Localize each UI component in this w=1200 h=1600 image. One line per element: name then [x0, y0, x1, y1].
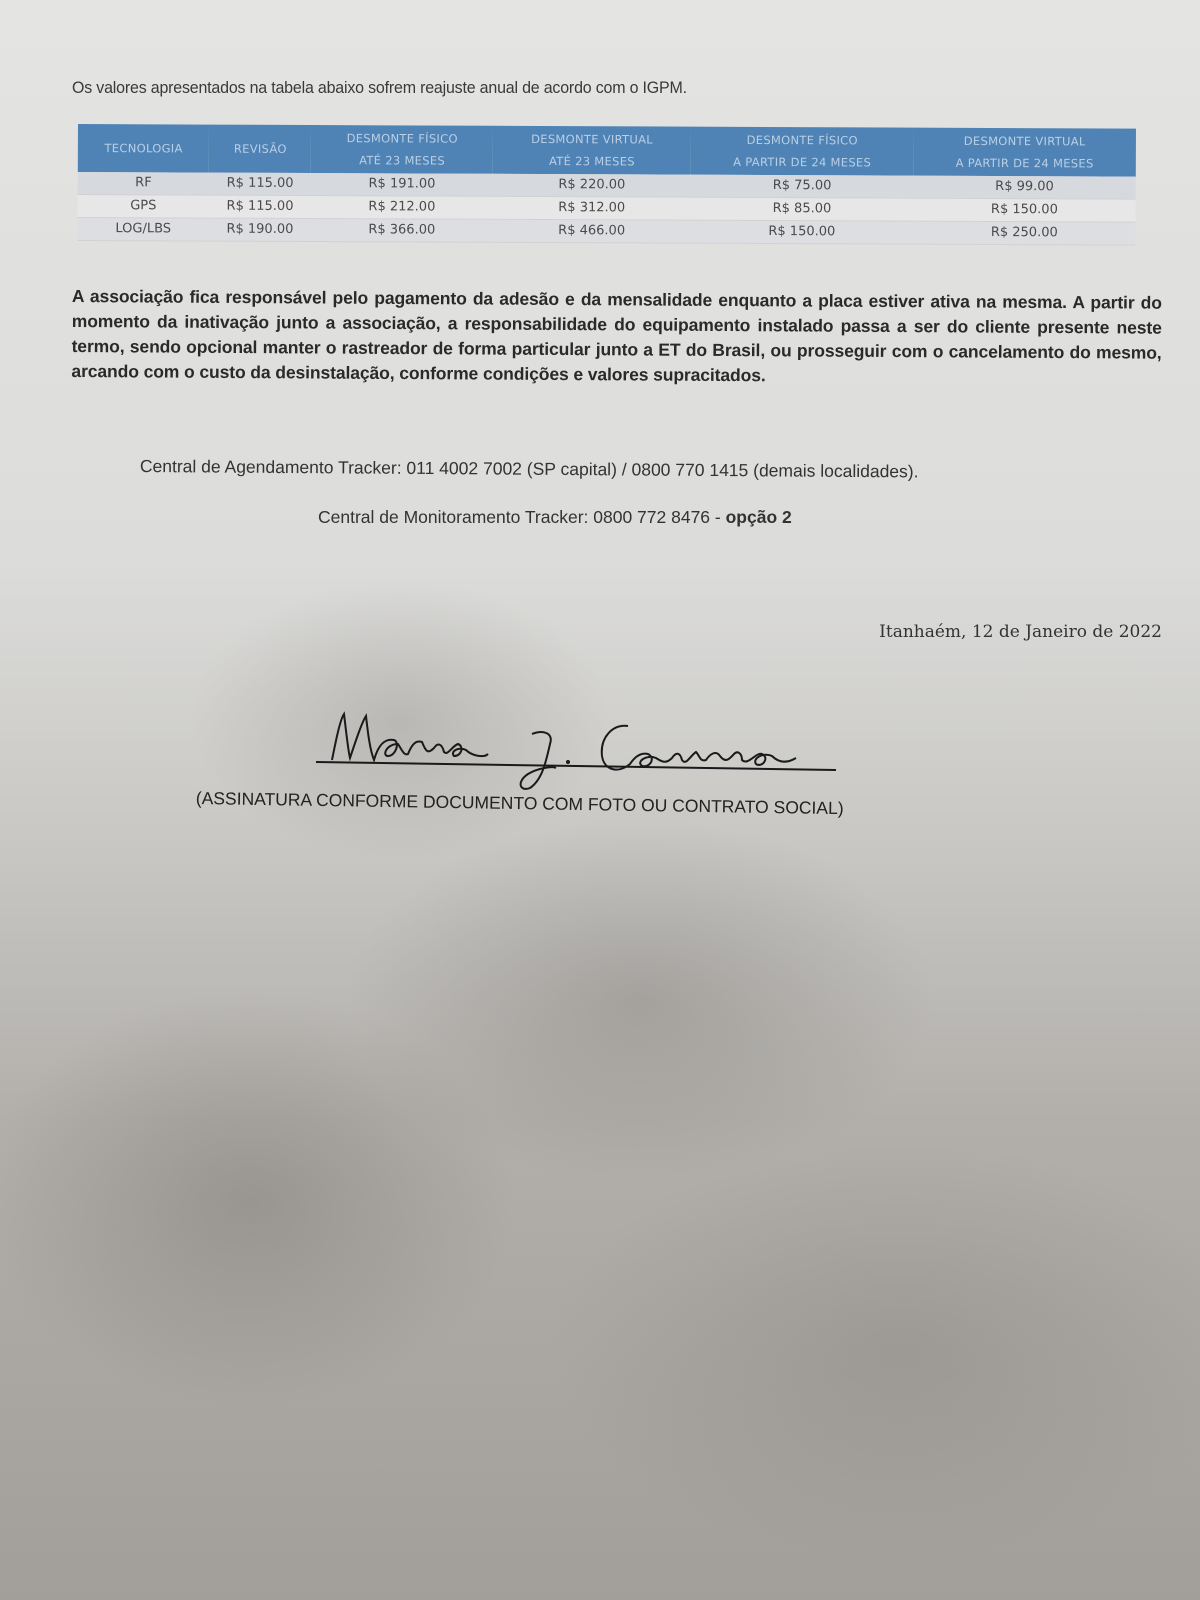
handwritten-signature — [316, 700, 856, 800]
table-cell: R$ 115.00 — [209, 173, 311, 196]
monitoring-contact: Central de Monitoramento Tracker: 0800 7… — [318, 507, 792, 528]
table-cell: R$ 150.00 — [913, 198, 1136, 222]
monitoring-option: opção 2 — [726, 507, 792, 527]
table-cell: GPS — [78, 194, 209, 218]
table-cell: R$ 85.00 — [691, 197, 914, 221]
price-table-header: TECNOLOGIA REVISÃO DESMONTE FÍSICO ATÉ 2… — [78, 124, 1136, 177]
table-cell: R$ 115.00 — [209, 195, 311, 218]
table-cell: R$ 466.00 — [493, 219, 691, 243]
table-cell: R$ 191.00 — [311, 173, 493, 196]
column-header: TECNOLOGIA — [78, 124, 210, 173]
column-header: DESMONTE FÍSICO ATÉ 23 MESES — [311, 125, 493, 174]
column-header: REVISÃO — [209, 125, 311, 173]
document-page: Os valores apresentados na tabela abaixo… — [0, 0, 1200, 1600]
terms-paragraph: A associação fica responsável pelo pagam… — [71, 284, 1162, 391]
table-cell: R$ 220.00 — [493, 174, 691, 197]
place-date: Itanhaém, 12 de Janeiro de 2022 — [879, 622, 1162, 642]
scheduling-contact: Central de Agendamento Tracker: 011 4002… — [140, 456, 919, 482]
table-cell: R$ 212.00 — [311, 196, 493, 220]
column-header: DESMONTE VIRTUAL A PARTIR DE 24 MESES — [913, 128, 1136, 177]
table-cell: RF — [78, 172, 209, 195]
table-cell: R$ 99.00 — [913, 176, 1136, 199]
monitoring-contact-text: Central de Monitoramento Tracker: 0800 7… — [318, 507, 726, 527]
table-cell: R$ 366.00 — [311, 219, 493, 243]
table-cell: R$ 75.00 — [691, 175, 914, 198]
table-cell: R$ 312.00 — [493, 196, 691, 220]
table-cell: R$ 190.00 — [209, 218, 311, 241]
column-header: DESMONTE VIRTUAL ATÉ 23 MESES — [493, 126, 691, 175]
table-cell: R$ 250.00 — [913, 221, 1136, 245]
table-cell: LOG/LBS — [77, 217, 208, 241]
intro-text: Os valores apresentados na tabela abaixo… — [72, 78, 687, 98]
column-header: DESMONTE FÍSICO A PARTIR DE 24 MESES — [691, 127, 914, 176]
table-row: LOG/LBS R$ 190.00 R$ 366.00 R$ 466.00 R$… — [77, 217, 1135, 245]
price-table: TECNOLOGIA REVISÃO DESMONTE FÍSICO ATÉ 2… — [77, 124, 1136, 246]
table-cell: R$ 150.00 — [691, 220, 914, 244]
